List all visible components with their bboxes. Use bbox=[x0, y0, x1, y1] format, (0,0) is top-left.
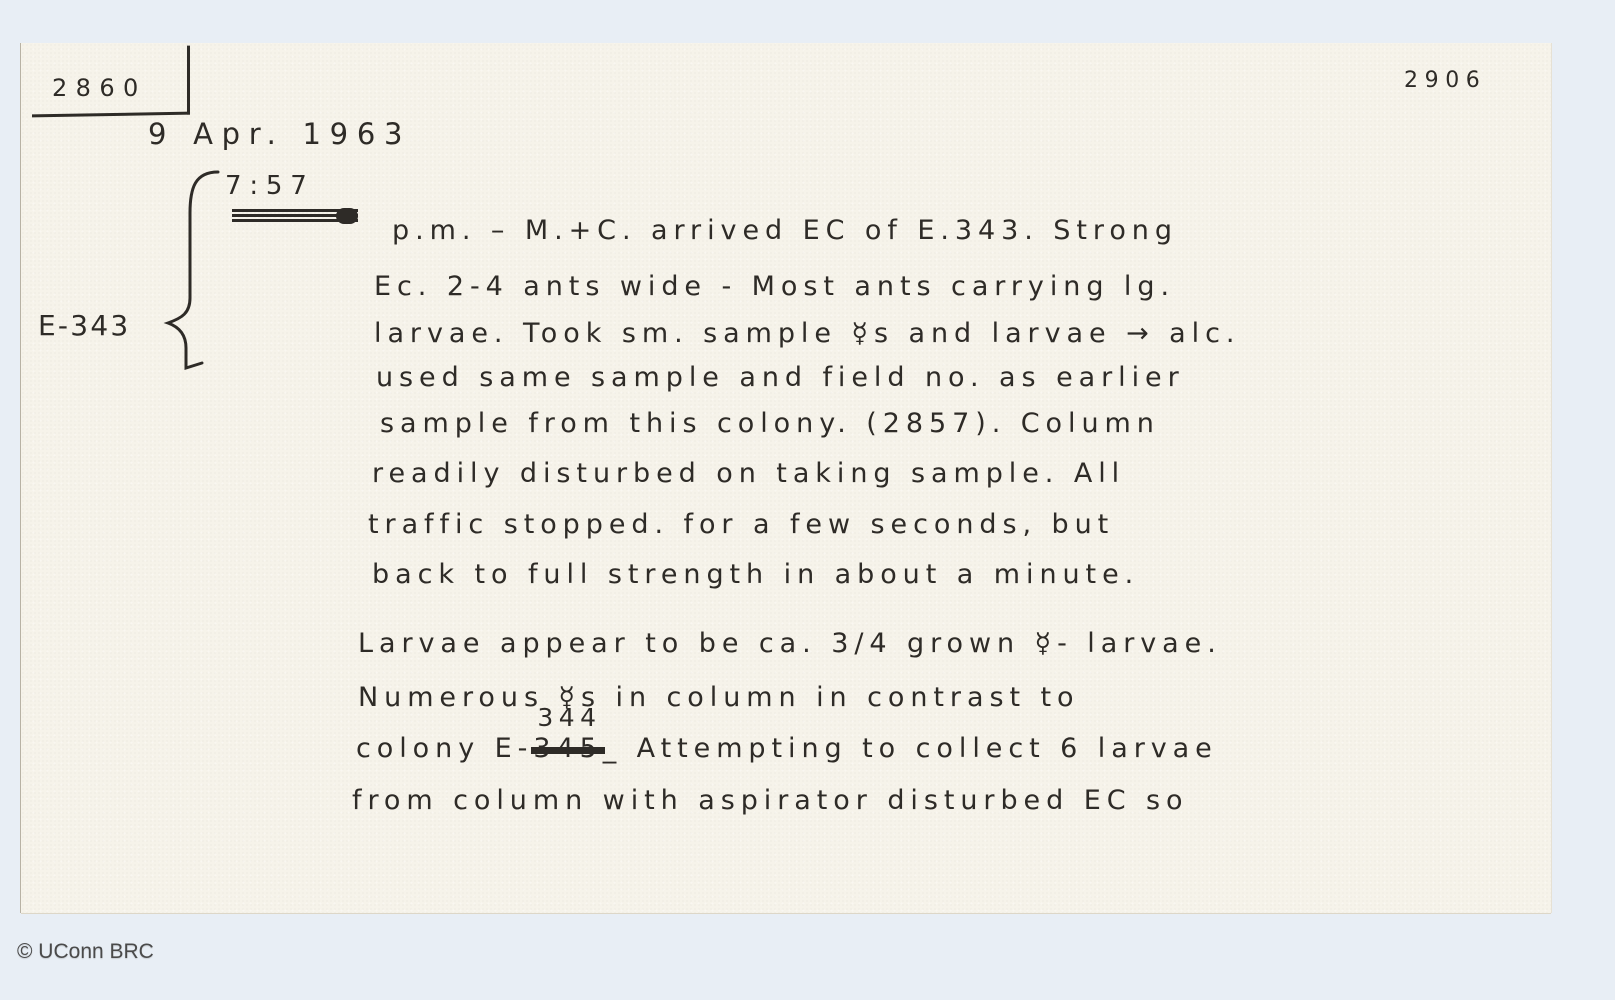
entry-line-3: larvae. Took sm. sample ☿s and larvae → … bbox=[374, 320, 1240, 347]
colony-prefix: colony E- bbox=[356, 733, 533, 764]
entry-line-4: used same sample and field no. as earlie… bbox=[376, 364, 1185, 391]
curly-brace-icon bbox=[160, 168, 220, 378]
entry-line-5: sample from this colony. (2857). Column bbox=[380, 410, 1160, 437]
struck-text: 345 bbox=[533, 733, 602, 764]
page-number: 2906 bbox=[1404, 70, 1486, 92]
entry-line-7: traffic stopped. for a few seconds, but bbox=[368, 511, 1114, 538]
copyright-credit: © UConn BRC bbox=[17, 940, 154, 964]
corrected-colony-number: 344345 bbox=[533, 735, 602, 762]
entry-time: 7:57 bbox=[225, 173, 315, 199]
entry-date: 9 Apr. 1963 bbox=[148, 120, 411, 149]
entry-line-2: Ec. 2-4 ants wide - Most ants carrying l… bbox=[374, 273, 1175, 300]
time-strikeout-mark bbox=[232, 208, 358, 222]
entry-line-1: p.m. – M.+C. arrived EC of E.343. Strong bbox=[392, 217, 1178, 244]
line-11-rest: _ Attempting to collect 6 larvae bbox=[603, 733, 1218, 764]
entry-line-11: colony E-344345_ Attempting to collect 6… bbox=[356, 735, 1218, 762]
entry-line-10: Numerous ☿s in column in contrast to bbox=[358, 684, 1080, 711]
entry-line-6: readily disturbed on taking sample. All bbox=[372, 460, 1125, 487]
entry-line-12: from column with aspirator disturbed EC … bbox=[352, 787, 1188, 814]
colony-label: E-343 bbox=[38, 312, 130, 340]
correction-text: 344 bbox=[537, 705, 601, 730]
entry-line-9: Larvae appear to be ca. 3/4 grown ☿- lar… bbox=[358, 630, 1222, 657]
entry-line-8: back to full strength in about a minute. bbox=[372, 561, 1139, 588]
record-number: 2860 bbox=[52, 76, 147, 100]
